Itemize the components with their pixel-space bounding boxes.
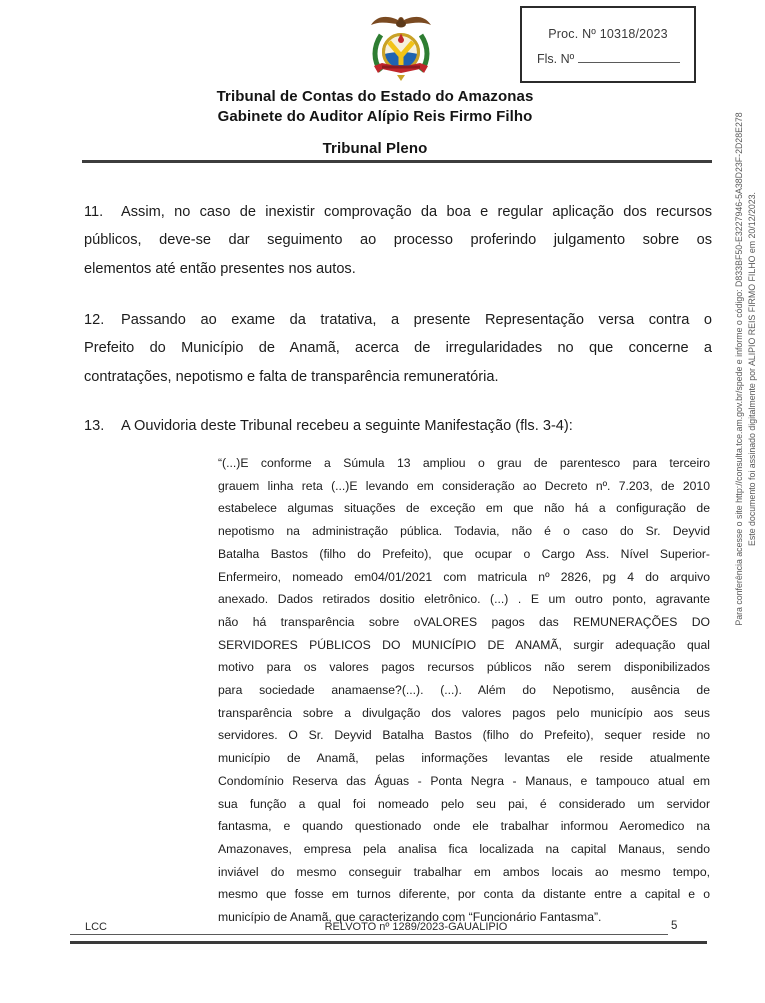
paragraph-line: elementos até então presentes nos autos.: [84, 255, 712, 283]
quote-line: inviável do mesmo conseguir trabalhar em…: [218, 861, 710, 884]
quote-line: município de Anamã, pelas informações le…: [218, 747, 710, 770]
quote-line: grauem linha reta (...)E levando em cons…: [218, 475, 710, 498]
process-number: Proc. Nº 10318/2023: [522, 27, 694, 41]
quote-line: SERVIDORES PÚBLICOS DO MUNICÍPIO DE ANAM…: [218, 634, 710, 657]
paragraph-11: 11. Assim, no caso de inexistir comprova…: [84, 198, 712, 283]
paragraph-12: 12. Passando ao exame da tratativa, a pr…: [84, 306, 712, 391]
amazonas-coat-of-arms-icon: [368, 9, 434, 88]
quote-line: transparência sobre a divulgação dos val…: [218, 702, 710, 725]
paragraph-line: Passando ao exame da tratativa, a presen…: [84, 306, 712, 334]
quote-line: não há transparência sobre oVALORES pago…: [218, 611, 710, 634]
footer-initials: LCC: [85, 921, 107, 933]
manifestation-quote-block: “(...)E conforme a Súmula 13 ampliou o g…: [218, 452, 710, 929]
quote-line: sua função a qual foi nomeado pelo seu p…: [218, 793, 710, 816]
quote-line: Batalha Bastos (filho do Prefeito), que …: [218, 543, 710, 566]
paragraph-13: 13. A Ouvidoria deste Tribunal recebeu a…: [84, 412, 712, 440]
paragraph-number: 13.: [84, 412, 104, 440]
quote-line: Enfermeiro, nomeado em04/01/2021 com mat…: [218, 566, 710, 589]
quote-line: para sociedade anamaense?(...). (...). A…: [218, 679, 710, 702]
institution-title: Tribunal de Contas do Estado do Amazonas: [85, 88, 665, 105]
quote-line: nepotismo na administração pública. Toda…: [218, 520, 710, 543]
document-page: Proc. Nº 10318/2023 Fls. Nº Tribunal de …: [0, 0, 765, 1003]
signature-signed-line: Este documento foi assinado digitalmente…: [746, 90, 759, 648]
header-divider: [82, 160, 712, 163]
sheet-number-row: Fls. Nº: [537, 52, 694, 66]
paragraph-line: contratações, nepotismo e falta de trans…: [84, 363, 712, 391]
footer-report-reference: RELVOTO nº 1289/2023-GAUALIPIO: [85, 921, 747, 933]
footer-divider: [70, 941, 707, 944]
quote-line: Amazonaves, empresa pela analisa fica lo…: [218, 838, 710, 861]
quote-line: motivo para os valores pagos recursos pú…: [218, 656, 710, 679]
footer-thin-divider: [70, 934, 668, 935]
quote-line: estabelece algumas situações de exceção …: [218, 497, 710, 520]
sheet-number-label: Fls. Nº: [537, 52, 574, 66]
digital-signature-stamp: Para conferência acesse o site http://co…: [733, 90, 758, 648]
paragraph-line: públicos, deve-se dar seguimento ao proc…: [84, 226, 712, 254]
signature-verify-line: Para conferência acesse o site http://co…: [733, 90, 746, 648]
paragraph-line: Prefeito do Município de Anamã, acerca d…: [84, 334, 712, 362]
section-title: Tribunal Pleno: [85, 140, 665, 157]
office-title: Gabinete do Auditor Alípio Reis Firmo Fi…: [85, 108, 665, 125]
paragraph-line: Assim, no caso de inexistir comprovação …: [84, 198, 712, 226]
sheet-number-blank-line: [578, 52, 680, 63]
process-stamp-box: Proc. Nº 10318/2023 Fls. Nº: [520, 6, 696, 83]
quote-line: fantasma, e quando questionado onde ele …: [218, 815, 710, 838]
quote-line: mesmo que fosse em turnos diferente, por…: [218, 883, 710, 906]
quote-line: anexado. Dados retirados dositio eletrôn…: [218, 588, 710, 611]
quote-line: servidores. O Sr. Deyvid Batalha Bastos …: [218, 724, 710, 747]
paragraph-number: 12.: [84, 306, 104, 334]
paragraph-line: A Ouvidoria deste Tribunal recebeu a seg…: [84, 412, 712, 440]
quote-line: “(...)E conforme a Súmula 13 ampliou o g…: [218, 452, 710, 475]
page-number: 5: [671, 920, 677, 932]
quote-line: Condomínio Reserva das Águas - Ponta Neg…: [218, 770, 710, 793]
paragraph-number: 11.: [84, 198, 103, 226]
